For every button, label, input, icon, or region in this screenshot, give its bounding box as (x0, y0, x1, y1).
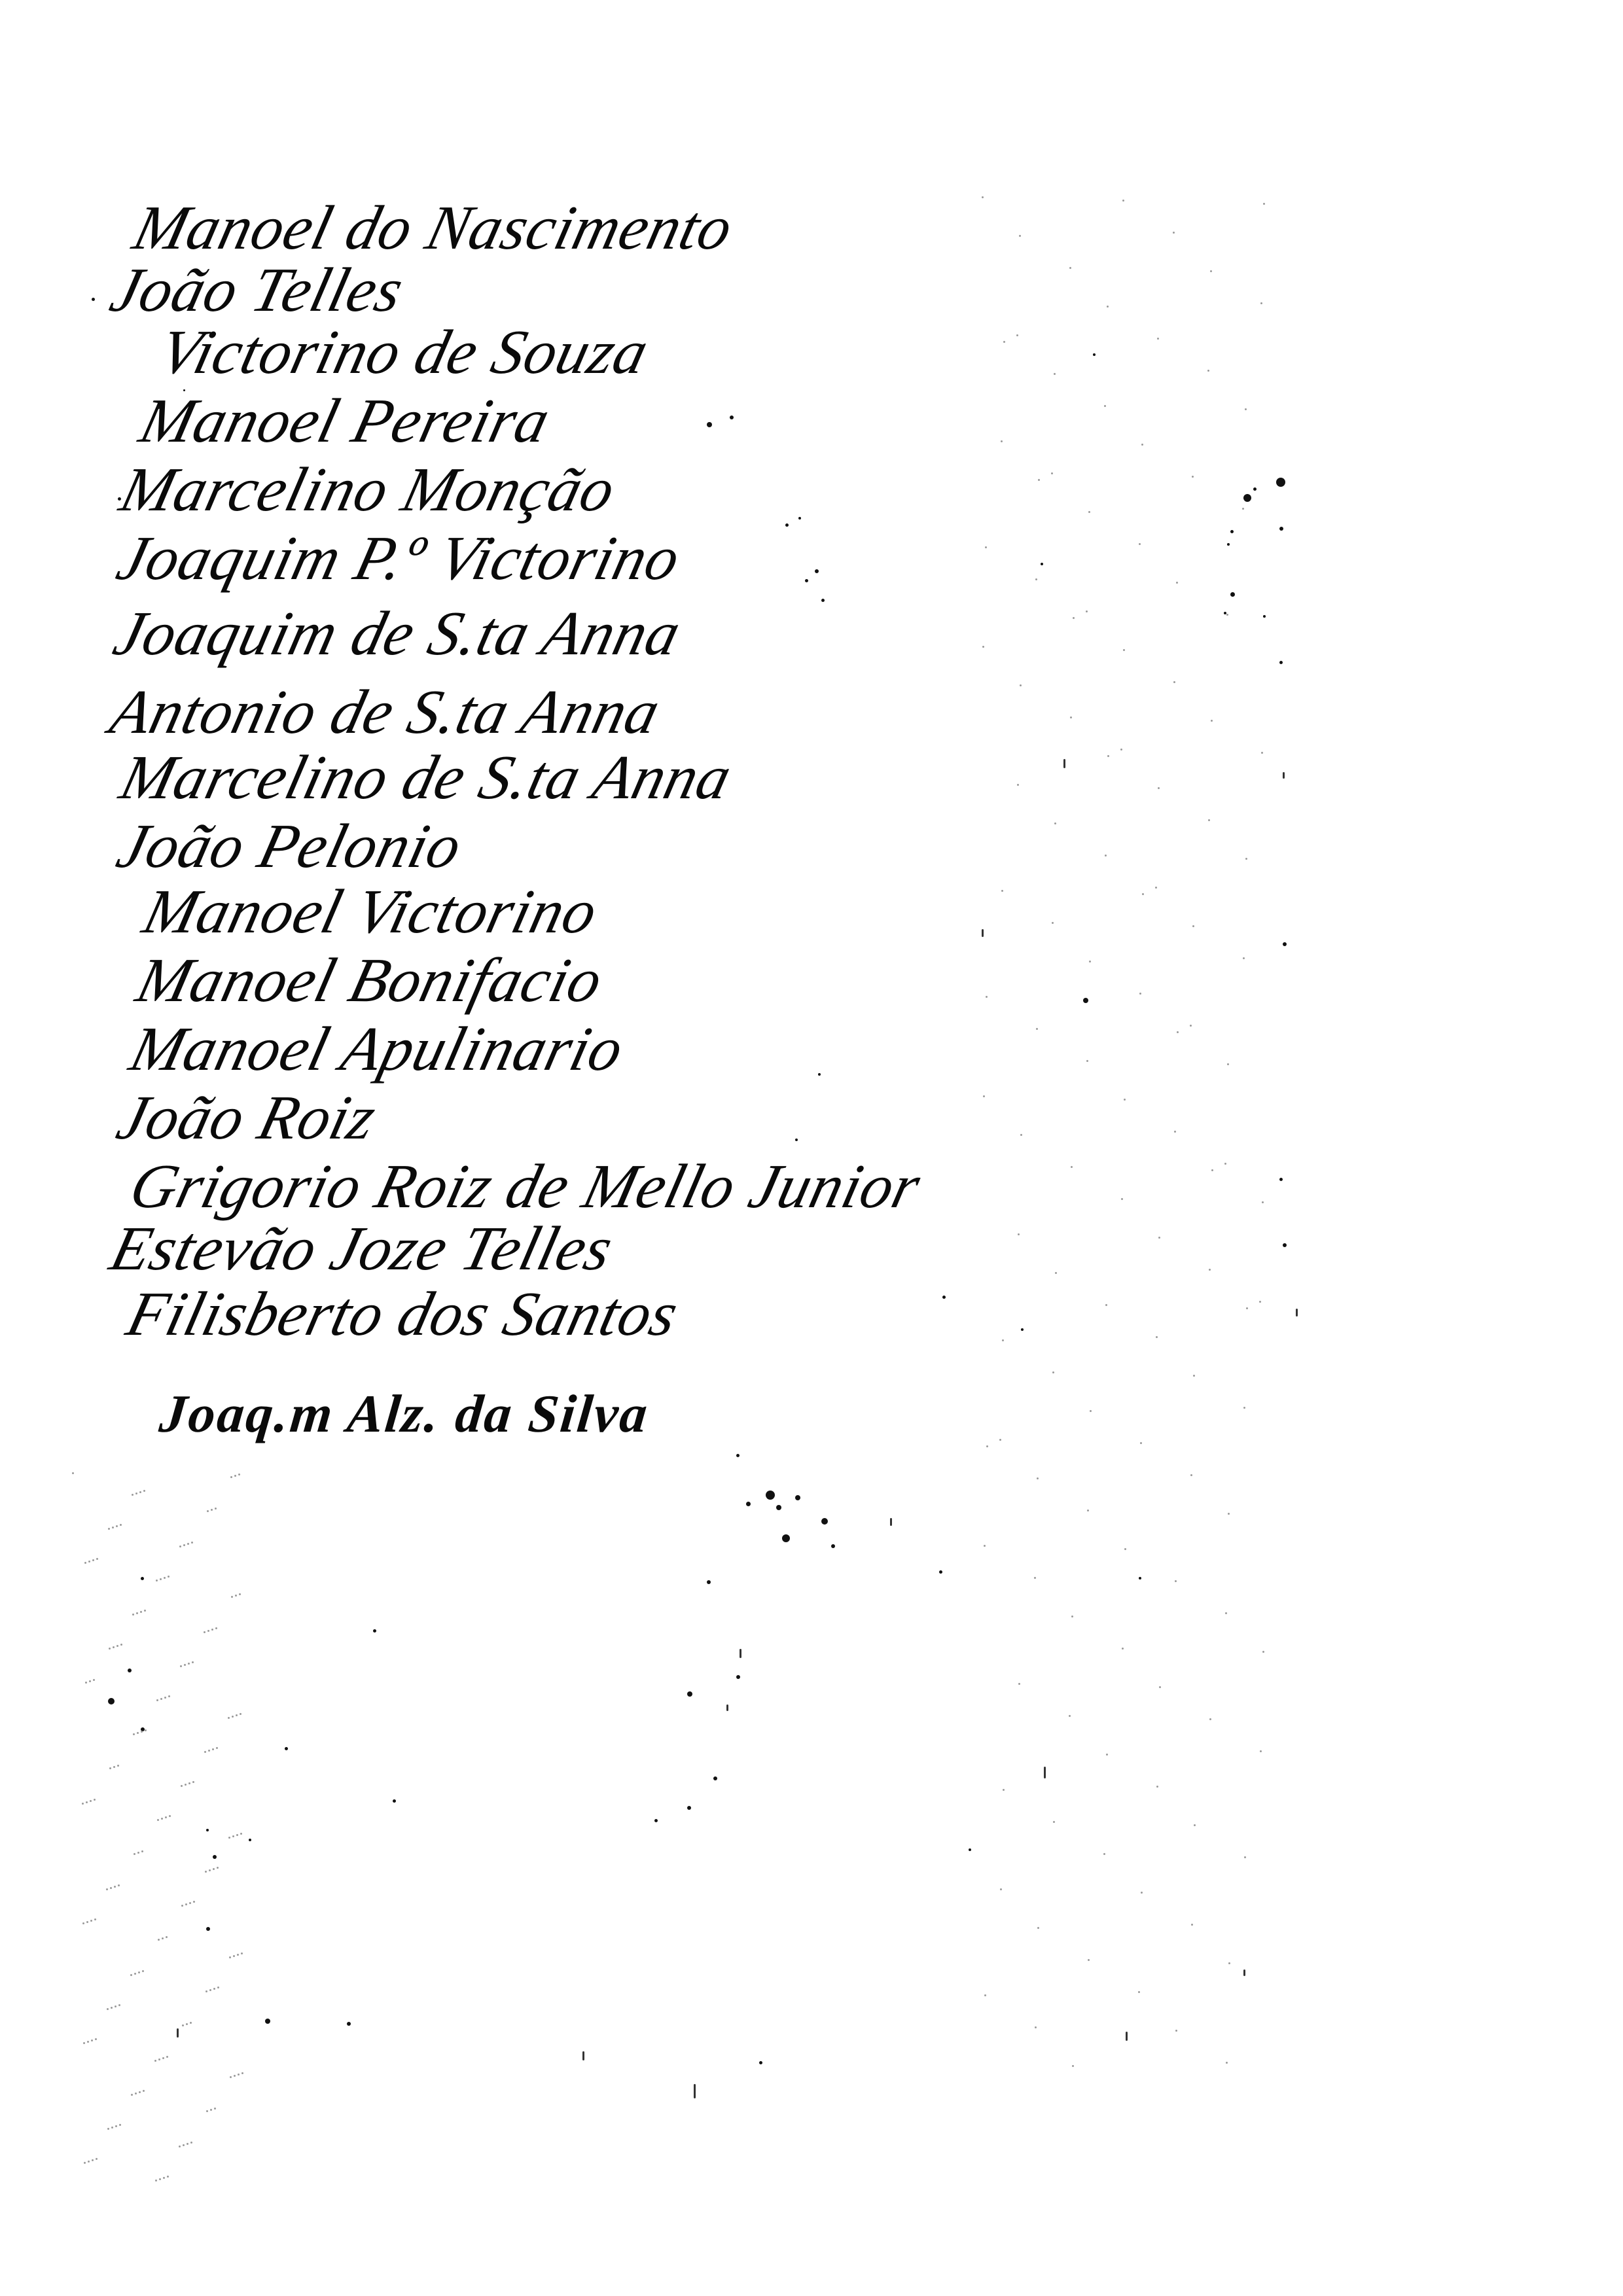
ink-speck (713, 1776, 717, 1780)
scan-noise (230, 2076, 232, 2078)
scan-noise (1158, 1237, 1160, 1239)
ink-speck (213, 1855, 217, 1859)
scan-noise (141, 1850, 143, 1852)
scan-noise (94, 1799, 96, 1801)
scan-noise (1018, 1683, 1020, 1685)
scan-noise (1228, 1513, 1230, 1515)
scan-noise (116, 1525, 118, 1527)
scan-noise (111, 2007, 113, 2009)
scan-noise (1228, 1962, 1230, 1964)
scan-noise (1173, 681, 1175, 683)
scan-noise (1262, 1201, 1264, 1203)
handwritten-name-line: Joaquim de S.ta Anna (108, 602, 687, 665)
scan-noise (1037, 1477, 1039, 1479)
scan-noise (230, 1476, 232, 1478)
scan-noise (95, 2038, 97, 2040)
scan-noise (1054, 373, 1056, 375)
scan-noise (132, 1494, 134, 1496)
ink-speck (373, 1629, 376, 1633)
scan-artifact-mark (694, 2084, 696, 2098)
scan-noise (1157, 338, 1159, 340)
scan-noise (1036, 1028, 1038, 1030)
ink-speck (785, 523, 789, 527)
scan-noise (162, 1937, 164, 1939)
scan-noise (1193, 1375, 1195, 1377)
scan-noise (85, 1682, 87, 1684)
handwritten-name-line: Estevão Joze Telles (105, 1217, 619, 1280)
scan-noise (228, 1837, 230, 1839)
scan-noise (179, 2146, 181, 2147)
ink-speck (285, 1747, 288, 1750)
ink-speck (776, 1505, 781, 1510)
scan-noise (1001, 440, 1003, 442)
scan-noise (1246, 1307, 1248, 1309)
handwritten-name-line: Marcelino de S.ta Anna (115, 746, 738, 809)
scan-artifact-mark (1044, 1767, 1046, 1778)
scan-noise (190, 2022, 192, 2024)
ink-speck (183, 389, 185, 391)
scan-noise (207, 1510, 209, 1512)
scan-noise (158, 2058, 160, 2060)
scan-noise (1192, 476, 1194, 478)
scan-noise (110, 1887, 112, 1889)
scan-noise (112, 1527, 114, 1528)
scan-noise (1159, 1686, 1161, 1688)
ink-speck (1243, 494, 1251, 502)
scan-noise (1069, 267, 1071, 269)
ink-speck (92, 298, 95, 301)
scan-noise (211, 1509, 213, 1511)
scan-noise (120, 1524, 122, 1526)
scan-noise (136, 1612, 138, 1614)
scan-artifact-mark (582, 2051, 584, 2060)
scan-noise (240, 1833, 242, 1835)
ink-speck (736, 1454, 740, 1457)
scan-noise (1190, 1474, 1192, 1476)
ink-speck (736, 1675, 740, 1679)
scan-noise (1190, 1025, 1192, 1027)
scan-noise (138, 1971, 140, 1973)
ink-speck (1041, 563, 1043, 565)
scan-noise (139, 1491, 141, 1493)
scan-noise (985, 546, 987, 548)
scan-noise (145, 1729, 147, 1731)
scan-noise (215, 1627, 217, 1629)
scan-noise (217, 1987, 219, 1988)
scan-noise (87, 2041, 89, 2043)
scanned-document-page: Manoel do NascimentoJoão TellesVictorino… (0, 0, 1623, 2296)
scan-noise (1155, 887, 1157, 889)
scan-noise (185, 1903, 187, 1905)
scan-noise (1001, 890, 1003, 892)
scan-noise (1192, 925, 1194, 927)
ink-speck (795, 1495, 800, 1500)
scan-noise (1211, 1169, 1213, 1171)
scan-noise (1227, 1063, 1229, 1065)
ink-speck (759, 2061, 762, 2064)
scan-noise (1088, 1959, 1090, 1961)
scan-noise (1225, 1612, 1227, 1614)
scan-noise (1035, 578, 1037, 580)
scan-noise (235, 1595, 237, 1597)
scan-noise (186, 2023, 188, 2025)
scan-noise (234, 1475, 236, 1477)
scan-noise (188, 1663, 190, 1665)
scan-artifact-mark (177, 2028, 179, 2038)
scan-noise (215, 1508, 217, 1510)
scan-noise (162, 2057, 164, 2059)
scan-noise (232, 1835, 234, 1837)
scan-noise (1018, 1233, 1020, 1235)
scan-noise (118, 2004, 120, 2006)
scan-noise (92, 1559, 94, 1561)
scan-noise (161, 1818, 163, 1820)
handwritten-name-line: Marcelino Monção (115, 458, 622, 521)
scan-noise (84, 1562, 86, 1564)
scan-noise (1071, 1166, 1073, 1168)
scan-noise (1003, 341, 1005, 343)
scan-noise (131, 2094, 133, 2096)
ink-speck (108, 1698, 115, 1704)
scan-noise (137, 1732, 139, 1734)
scan-noise (982, 196, 984, 198)
scan-noise (208, 1750, 210, 1752)
ink-speck (1230, 592, 1235, 597)
scan-noise (1052, 1371, 1054, 1373)
scan-artifact-mark (1063, 759, 1065, 768)
scan-artifact-mark (1243, 1969, 1245, 1976)
scan-artifact-mark (890, 1518, 892, 1526)
scan-noise (157, 1819, 159, 1821)
scan-noise (156, 1580, 158, 1581)
scan-noise (233, 1955, 235, 1957)
scan-noise (1139, 543, 1141, 545)
scan-noise (117, 1765, 119, 1767)
scan-noise (164, 1697, 166, 1699)
scan-noise (1209, 1269, 1211, 1271)
scan-noise (1088, 511, 1090, 513)
scan-noise (1140, 1442, 1142, 1444)
scan-noise (96, 1558, 98, 1560)
ink-speck (942, 1296, 946, 1299)
handwritten-name-line: João Telles (105, 258, 410, 321)
scan-noise (1175, 2030, 1177, 2032)
scan-noise (236, 1714, 238, 1716)
ink-speck (141, 1577, 144, 1580)
scan-noise (191, 1542, 193, 1544)
scan-noise (982, 646, 984, 648)
scan-noise (143, 2090, 145, 2092)
scan-noise (88, 2161, 90, 2163)
scan-noise (1103, 1853, 1105, 1855)
scan-noise (135, 1492, 137, 1494)
scan-noise (181, 1905, 183, 1907)
scan-noise (82, 1922, 84, 1924)
scan-noise (130, 1974, 132, 1976)
scan-noise (1244, 1856, 1246, 1858)
scan-noise (166, 2056, 168, 2058)
scan-noise (232, 1716, 234, 1718)
scan-noise (1069, 1715, 1071, 1717)
scan-noise (1209, 1718, 1211, 1720)
scan-noise (134, 1973, 136, 1975)
scan-noise (106, 1888, 108, 1890)
scan-noise (1086, 1060, 1088, 1062)
scan-noise (1208, 819, 1210, 821)
scan-noise (1207, 370, 1209, 372)
ink-speck (1227, 543, 1230, 546)
scan-artifact-mark (1126, 2032, 1128, 2041)
scan-noise (193, 1901, 195, 1903)
scan-noise (210, 2109, 212, 2111)
scan-noise (1142, 893, 1144, 895)
scan-noise (109, 1648, 111, 1650)
scan-noise (166, 1936, 168, 1938)
ink-speck (766, 1491, 775, 1500)
scan-noise (234, 2075, 236, 2077)
scan-noise (214, 2108, 216, 2110)
scan-noise (1020, 684, 1022, 686)
ink-speck (1253, 487, 1257, 491)
scan-noise (142, 1970, 144, 1972)
scan-noise (114, 1886, 116, 1888)
ink-speck (798, 517, 801, 520)
scan-noise (1037, 1927, 1039, 1929)
scan-noise (205, 1990, 207, 1992)
ink-speck (1283, 942, 1287, 946)
scan-noise (159, 2178, 161, 2180)
scan-noise (1051, 472, 1053, 474)
scan-noise (1104, 405, 1106, 407)
scan-noise (1156, 1336, 1158, 1338)
scan-noise (1002, 1339, 1004, 1341)
scan-noise (1105, 855, 1107, 857)
handwritten-name-line: João Roiz (111, 1086, 382, 1149)
scan-noise (183, 2144, 185, 2146)
scan-noise (1260, 302, 1262, 304)
scan-noise (204, 1751, 206, 1753)
scan-noise (1156, 1786, 1158, 1788)
scan-noise (239, 1593, 241, 1595)
scan-noise (1000, 1888, 1002, 1890)
scan-noise (1020, 1134, 1022, 1136)
scan-noise (1055, 1272, 1057, 1274)
scan-noise (205, 1871, 207, 1873)
scan-noise (119, 2124, 121, 2126)
scan-noise (72, 1472, 74, 1474)
scan-noise (1090, 1410, 1092, 1412)
scan-noise (1035, 2026, 1037, 2028)
scan-noise (1071, 1616, 1073, 1617)
scan-noise (229, 1956, 231, 1958)
ink-speck (831, 1544, 835, 1548)
scan-noise (189, 1902, 191, 1904)
scan-noise (1176, 582, 1178, 584)
scan-noise (1052, 922, 1054, 924)
scan-noise (155, 2180, 157, 2181)
scan-noise (1173, 232, 1175, 234)
ink-speck (249, 1839, 251, 1841)
ink-speck (347, 2022, 351, 2026)
scan-noise (140, 1611, 142, 1613)
ink-speck (939, 1570, 942, 1574)
scan-noise (139, 2091, 141, 2093)
scan-noise (185, 1784, 187, 1786)
ink-speck (821, 599, 825, 602)
scan-noise (115, 2005, 116, 2007)
scan-noise (1089, 961, 1091, 963)
scan-noise (209, 1869, 211, 1871)
ink-speck (707, 1580, 711, 1584)
scan-noise (84, 2162, 86, 2164)
scan-noise (1174, 1131, 1176, 1133)
scan-artifact-mark (726, 1704, 728, 1711)
scan-noise (1053, 1821, 1055, 1823)
ink-speck (1279, 1178, 1283, 1181)
ink-speck (969, 1848, 971, 1851)
scan-artifact-mark (1283, 772, 1285, 779)
scan-noise (1017, 784, 1019, 786)
ink-speck (782, 1534, 790, 1542)
scan-noise (209, 1989, 211, 1991)
scan-noise (89, 1680, 91, 1682)
ink-speck (128, 1669, 132, 1672)
scan-noise (1243, 1407, 1245, 1409)
scan-noise (231, 1596, 233, 1598)
scan-noise (238, 1474, 240, 1475)
scan-noise (1124, 1548, 1126, 1550)
ink-speck (730, 415, 734, 419)
ink-speck (1279, 661, 1283, 664)
scan-noise (1087, 1510, 1089, 1511)
ink-speck (1279, 527, 1283, 531)
scan-noise (181, 1785, 183, 1787)
scan-noise (1242, 508, 1244, 510)
scan-noise (1122, 1648, 1124, 1650)
ink-speck (1263, 615, 1266, 618)
scan-noise (1120, 749, 1122, 751)
ink-speck (805, 579, 808, 582)
scan-noise (204, 1631, 205, 1633)
ink-speck (654, 1819, 658, 1822)
scan-noise (1124, 1099, 1126, 1101)
scan-noise (192, 1661, 194, 1663)
scan-noise (1224, 1163, 1226, 1165)
scan-noise (1263, 203, 1265, 205)
scan-artifact-mark (740, 1649, 741, 1658)
scan-noise (1243, 957, 1245, 959)
scan-noise (1054, 822, 1056, 824)
scan-noise (109, 1767, 111, 1769)
scan-noise (92, 2159, 94, 2161)
scan-noise (1003, 1789, 1005, 1791)
ink-speck (707, 422, 712, 427)
scan-noise (1245, 858, 1247, 860)
handwritten-name-line: Manoel Pereira (134, 389, 556, 452)
names-list: Manoel do NascimentoJoão TellesVictorino… (0, 0, 1623, 2296)
scan-noise (168, 1695, 170, 1697)
scan-noise (1086, 610, 1088, 612)
scan-noise (1072, 2065, 1074, 2067)
scan-noise (237, 1954, 239, 1956)
scan-noise (107, 2008, 109, 2010)
scan-noise (86, 1921, 88, 1923)
scan-noise (163, 2177, 165, 2179)
ink-speck (821, 1518, 828, 1525)
scan-noise (115, 2125, 117, 2127)
scan-noise (86, 1801, 88, 1803)
scan-noise (1158, 787, 1160, 789)
scan-noise (1122, 200, 1124, 202)
scan-noise (1141, 444, 1143, 446)
scan-noise (1038, 479, 1040, 481)
scan-noise (1141, 1892, 1143, 1894)
handwritten-name-line: Grigorio Roiz de Mello Junior (124, 1155, 927, 1218)
scan-noise (169, 1815, 171, 1817)
handwritten-name-line: Manoel Victorino (137, 880, 604, 943)
handwritten-name-line: Antonio de S.ta Anna (105, 680, 666, 743)
scan-noise (1175, 1580, 1177, 1582)
scan-noise (88, 1561, 90, 1563)
handwritten-name-line: João Pelonio (111, 815, 468, 877)
scan-noise (156, 1699, 158, 1701)
scan-noise (187, 2143, 188, 2145)
scan-noise (1106, 1754, 1108, 1756)
scan-noise (1034, 1577, 1036, 1579)
ink-speck (815, 569, 819, 573)
scan-noise (1194, 1824, 1196, 1826)
scan-noise (93, 1679, 95, 1681)
ink-speck (393, 1799, 396, 1803)
scan-noise (141, 1731, 143, 1733)
scan-noise (90, 1800, 92, 1802)
scan-noise (228, 1717, 230, 1719)
scan-noise (238, 2074, 240, 2075)
scan-noise (1073, 617, 1075, 619)
scan-noise (190, 2142, 192, 2144)
scan-noise (120, 1644, 122, 1646)
scan-noise (984, 1994, 986, 1996)
scan-noise (212, 1748, 214, 1750)
ink-speck (687, 1691, 692, 1697)
scan-noise (133, 1733, 135, 1735)
scan-noise (1019, 235, 1021, 237)
scan-noise (180, 1665, 182, 1667)
scan-noise (160, 1698, 162, 1700)
scan-noise (213, 1988, 215, 1990)
ink-speck (1230, 530, 1234, 533)
scan-noise (182, 2024, 184, 2026)
scan-noise (1121, 1198, 1123, 1200)
scan-noise (1259, 1301, 1261, 1303)
scan-noise (90, 1920, 92, 1922)
scan-noise (158, 1939, 160, 1941)
scan-noise (984, 1545, 986, 1547)
scan-noise (1138, 1991, 1140, 1993)
scan-noise (94, 1918, 96, 1920)
scan-noise (1139, 993, 1141, 995)
scan-noise (1191, 1924, 1193, 1926)
scan-noise (217, 1867, 219, 1869)
handwritten-name-line: Manoel do Nascimento (128, 196, 739, 259)
scan-noise (236, 1834, 238, 1836)
ink-speck (746, 1502, 751, 1506)
scan-noise (165, 1816, 167, 1818)
ink-speck (206, 1829, 209, 1831)
ink-speck (206, 1927, 210, 1931)
scan-noise (241, 2072, 243, 2074)
scan-noise (1210, 270, 1212, 272)
